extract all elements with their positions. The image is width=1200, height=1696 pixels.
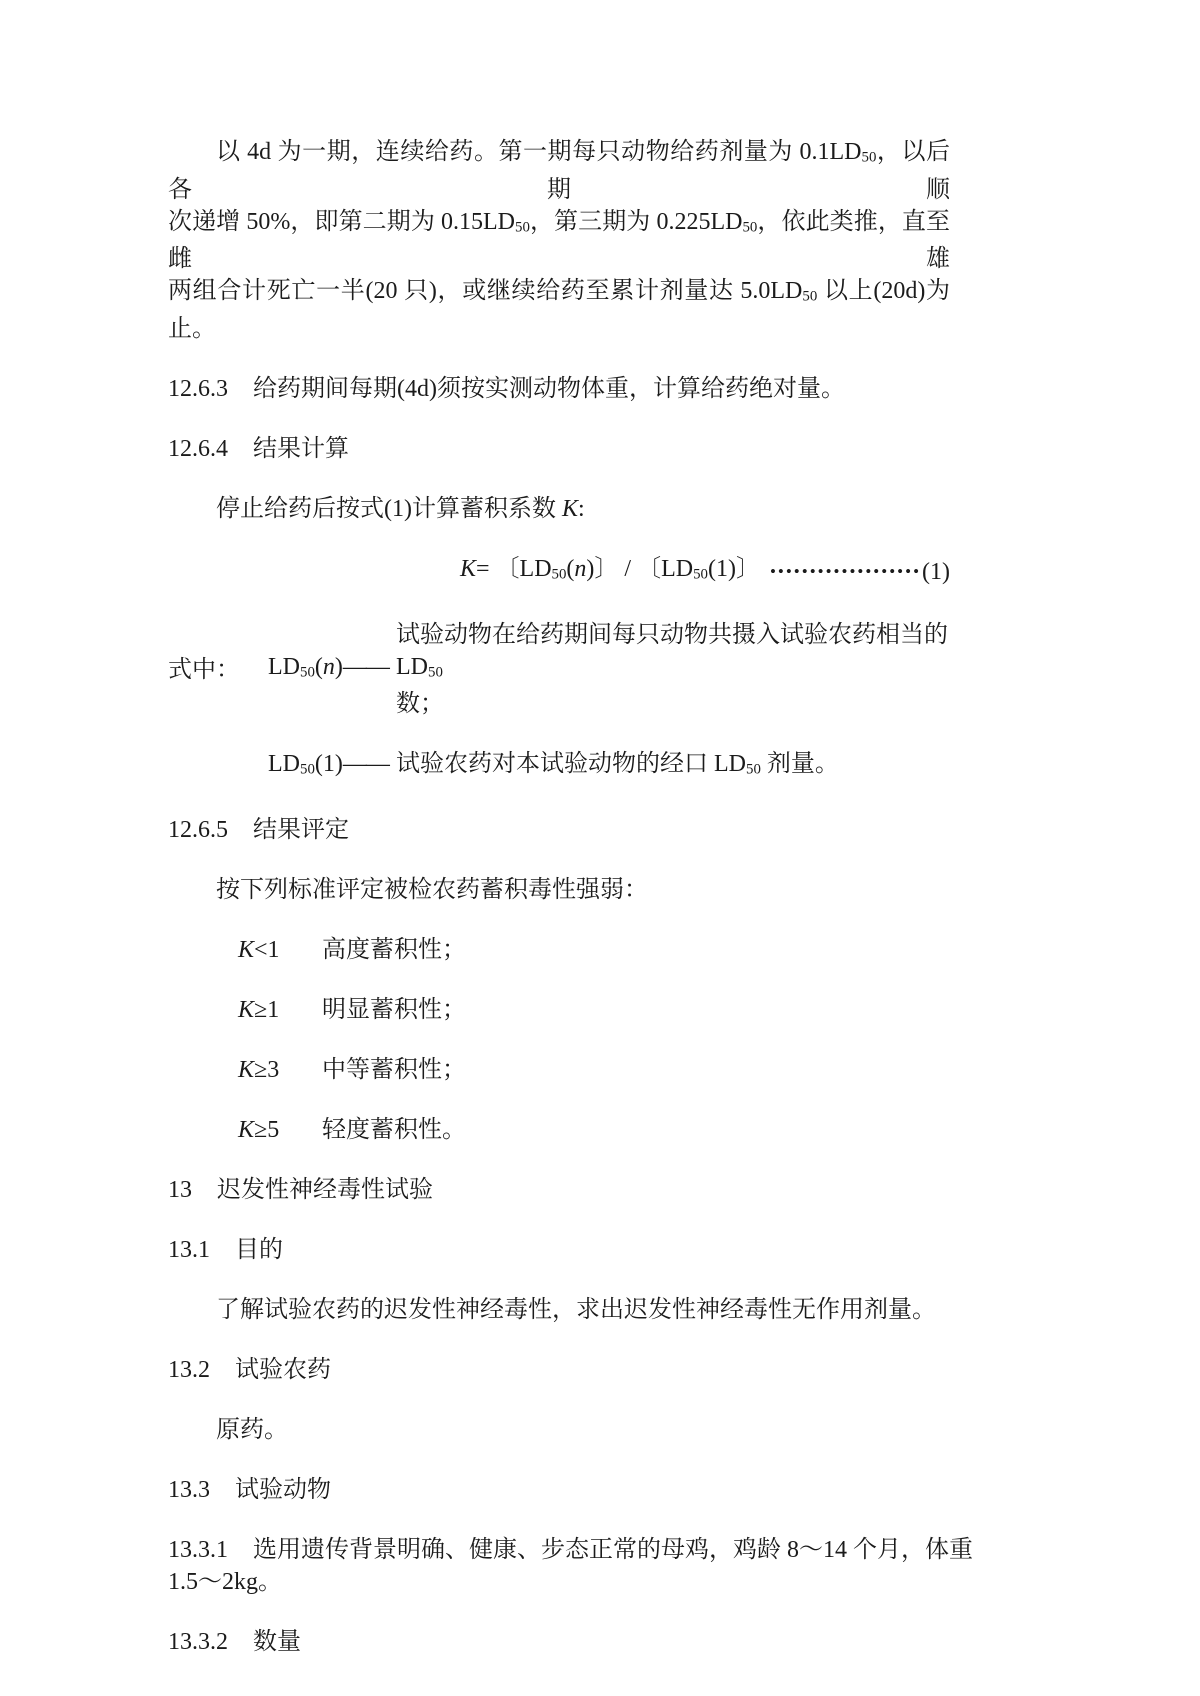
criterion-k-ge-1: K≥1明显蓄积性； — [168, 994, 950, 1026]
term-ld50n: LD50(n)—— — [268, 651, 396, 689]
paragraph-line: 次递增 50%，即第二期为 0.15LD50，第三期为 0.225LD50，依此… — [168, 206, 950, 276]
criterion-label: 明显蓄积性； — [322, 997, 466, 1023]
paragraph-line: 1.5～2kg。 — [168, 1566, 950, 1598]
definition-line: 试验动物在给药期间每只动物共摄入试验农药相当的 LD50 — [396, 619, 980, 689]
criterion-label: 高度蓄积性； — [322, 937, 466, 963]
section-number: 13.1 — [168, 1237, 210, 1263]
section-title: 试验动物 — [235, 1477, 331, 1503]
where-label: 式中： — [168, 654, 268, 686]
criterion-label: 中等蓄积性； — [322, 1057, 466, 1083]
definition-line: 数； — [396, 688, 980, 720]
formula-accumulation-coefficient: K= 〔LD50(n)〕 / 〔LD50(1)〕 •••••••••••••••… — [460, 553, 950, 591]
section-number: 13.3 — [168, 1477, 210, 1503]
criterion-condition: K≥5 — [238, 1114, 322, 1146]
criterion-condition: K<1 — [238, 934, 322, 966]
section-title: 数量 — [253, 1629, 301, 1655]
heading-13-1: 13.1目的 — [168, 1234, 950, 1266]
definition-ld501: 试验农药对本试验动物的经口 LD50 剂量。 — [396, 748, 980, 786]
paragraph-line: 两组合计死亡一半(20 只)，或继续给药至累计剂量达 5.0LD50 以上(20… — [168, 275, 950, 345]
section-text: 给药期间每期(4d)须按实测动物体重，计算给药绝对量。 — [253, 376, 845, 402]
paragraph-evaluation-intro: 按下列标准评定被检农药蓄积毒性强弱： — [168, 874, 950, 906]
heading-13-3: 13.3试验动物 — [168, 1474, 950, 1506]
heading-12-6-5: 12.6.5结果评定 — [168, 814, 950, 846]
document-page: 以 4d 为一期，连续给药。第一期每只动物给药剂量为 0.1LD50，以后各期顺… — [0, 0, 1200, 1696]
section-number: 13.3.2 — [168, 1629, 228, 1655]
paragraph-purpose: 了解试验农药的迟发性神经毒性，求出迟发性神经毒性无作用剂量。 — [168, 1294, 950, 1326]
criterion-k-ge-3: K≥3中等蓄积性； — [168, 1054, 950, 1086]
section-title: 目的 — [235, 1237, 283, 1263]
term-ld501: LD50(1)—— — [268, 748, 396, 786]
definition-ld50n: 试验动物在给药期间每只动物共摄入试验农药相当的 LD50 数； — [396, 619, 980, 721]
heading-13-3-1: 13.3.1选用遗传背景明确、健康、步态正常的母鸡，鸡龄 8～14 个月，体重 … — [168, 1534, 950, 1598]
section-title: 结果评定 — [253, 817, 349, 843]
section-number: 12.6.4 — [168, 436, 228, 462]
paragraph-line: 以 4d 为一期，连续给药。第一期每只动物给药剂量为 0.1LD50，以后各期顺 — [168, 136, 950, 206]
section-number: 13.3.1 — [168, 1537, 228, 1563]
formula-expression: K= 〔LD50(n)〕 / 〔LD50(1)〕 — [460, 553, 760, 591]
criterion-condition: K≥3 — [238, 1054, 322, 1086]
section-number: 13.2 — [168, 1357, 210, 1383]
section-title: 迟发性神经毒性试验 — [217, 1177, 433, 1203]
section-number: 12.6.3 — [168, 376, 228, 402]
formula-legend: 式中： LD50(n)—— 试验动物在给药期间每只动物共摄入试验农药相当的 LD… — [168, 619, 980, 786]
heading-12-6-3: 12.6.3给药期间每期(4d)须按实测动物体重，计算给药绝对量。 — [168, 373, 950, 405]
criterion-label: 轻度蓄积性。 — [322, 1117, 466, 1143]
formula-dot-leader: •••••••••••••••••••••••••••••••• — [760, 556, 922, 588]
paragraph-dosing-scheme: 以 4d 为一期，连续给药。第一期每只动物给药剂量为 0.1LD50，以后各期顺… — [168, 136, 950, 345]
section-number: 12.6.5 — [168, 817, 228, 843]
section-number: 13 — [168, 1177, 192, 1203]
formula-number: (1) — [922, 556, 950, 588]
document-content: 以 4d 为一期，连续给药。第一期每只动物给药剂量为 0.1LD50，以后各期顺… — [168, 136, 950, 1658]
paragraph-technical-material: 原药。 — [168, 1414, 950, 1446]
paragraph-calc-intro: 停止给药后按式(1)计算蓄积系数 K: — [168, 493, 950, 525]
heading-13-2: 13.2试验农药 — [168, 1354, 950, 1386]
section-text: 选用遗传背景明确、健康、步态正常的母鸡，鸡龄 8～14 个月，体重 — [253, 1537, 973, 1563]
section-title: 结果计算 — [253, 436, 349, 462]
criterion-k-lt-1: K<1高度蓄积性； — [168, 934, 950, 966]
section-title: 试验农药 — [235, 1357, 331, 1383]
criterion-k-ge-5: K≥5轻度蓄积性。 — [168, 1114, 950, 1146]
paragraph-line: 13.3.1选用遗传背景明确、健康、步态正常的母鸡，鸡龄 8～14 个月，体重 — [168, 1534, 950, 1566]
heading-13: 13迟发性神经毒性试验 — [168, 1174, 950, 1206]
heading-13-3-2: 13.3.2数量 — [168, 1626, 950, 1658]
heading-12-6-4: 12.6.4结果计算 — [168, 433, 950, 465]
criterion-condition: K≥1 — [238, 994, 322, 1026]
